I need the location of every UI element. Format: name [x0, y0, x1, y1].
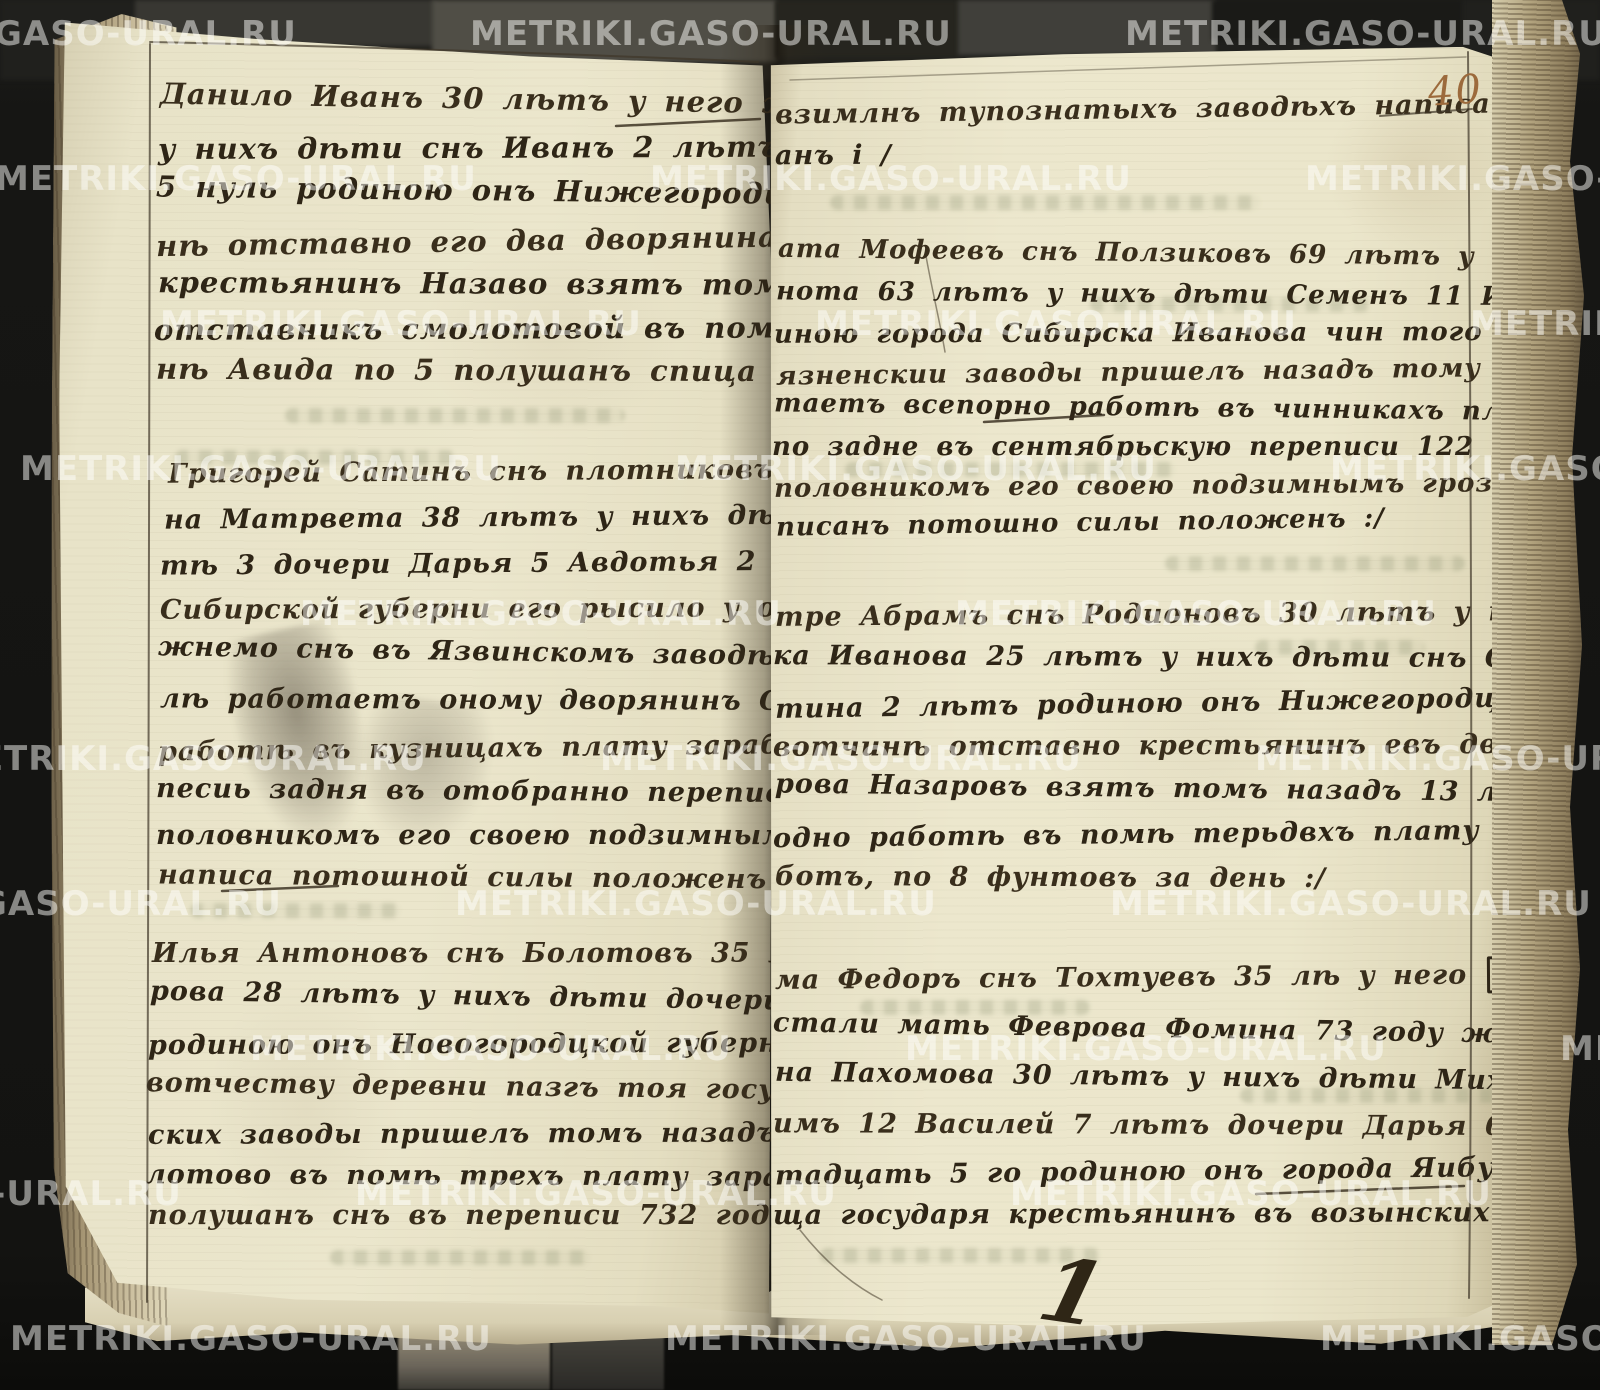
watermark-text: METRIKI.GASO-URAL.RU — [1470, 304, 1600, 344]
watermark-text: METRIKI.GASO-URAL.RU — [600, 739, 1082, 779]
manuscript-line: язненскии заводы пришелъ назадъ тому 30 … — [776, 350, 1510, 391]
watermark-text: METRIKI.GASO-URAL.RU — [355, 1174, 837, 1214]
watermark-text: METRIKI.GASO-URAL.RU — [20, 449, 502, 489]
manuscript-line: ка Иванова 25 лѣтъ у нихъ дѣти снъ Самсо… — [773, 640, 1510, 675]
right-page-stack-edge — [1492, 0, 1592, 1345]
watermark-text: METRIKI.GASO-URAL.RU — [0, 739, 427, 779]
manuscript-line: вотчеству деревни пазгъ тоя государя кре… — [146, 1067, 772, 1109]
bleedthrough-text — [330, 1250, 590, 1265]
manuscript-line: крестьянинъ Назаво взятъ томъ назадъ 13 … — [158, 265, 772, 303]
manuscript-line: рова 28 лѣтъ у нихъ дѣти дочери Анна 2 г… — [150, 976, 772, 1022]
manuscript-line: Данило Иванъ 30 лѣтъ у него жена Палагея… — [160, 77, 772, 128]
watermark-text: METRIKI.GASO-URAL.RU — [470, 14, 952, 54]
watermark-text: METRIKI.GASO-URAL.RU — [1305, 159, 1600, 199]
manuscript-line: половникомъ его своею подзимнымъ грозна … — [156, 820, 772, 851]
watermark-text: METRIKI.GASO-URAL.RU — [1110, 884, 1592, 924]
manuscript-line: взимлнъ тупознатыхъ заводѣхъ написа пото… — [775, 84, 1510, 130]
manuscript-line: нѣ отставно его два дворянина 1 Смидота … — [156, 215, 772, 263]
bleedthrough-text — [1165, 556, 1465, 571]
watermark-text: METRIKI.GASO-URAL.RU — [250, 1029, 732, 1069]
right-page-text-area: взимлнъ тупознатыхъ заводѣхъ написа пото… — [765, 40, 1510, 1330]
watermark-text: METRIKI.GASO-URAL.RU — [815, 304, 1297, 344]
watermark-text: METRIKI.GASO-URAL.RU — [0, 159, 477, 199]
manuscript-line: таетъ всепорно работѣ въ чинникахъ плату… — [774, 388, 1510, 429]
table-surface-block — [552, 1336, 664, 1390]
watermark-text: METRIKI.GASO-URAL.RU — [1560, 1029, 1600, 1069]
manuscript-line: лѣ работаетъ оному дворянинъ Смидотъ взя — [160, 683, 772, 717]
manuscript-line: нѣ Авида по 5 полушанъ спица :/ — [156, 352, 772, 388]
manuscript-line: писанъ потошно силы положенъ :/ — [776, 503, 1385, 542]
line-fragment: ма Федоръ снъ Тохтуевъ 35 лѣ у него — [775, 959, 1485, 995]
watermark-text: METRIKI.GASO-URAL.RU — [1255, 739, 1600, 779]
watermark-text: METRIKI.GASO-URAL.RU — [10, 1319, 492, 1359]
manuscript-line: ма Федоръ снъ Тохтуевъ 35 лѣ у него Ана … — [775, 954, 1510, 999]
watermark-text: METRIKI.GASO-URAL.RU — [675, 449, 1157, 489]
watermark-text: METRIKI.GASO-URAL.RU — [0, 14, 297, 54]
watermark-text: METRIKI.GASO-URAL.RU — [0, 884, 282, 924]
watermark-text: METRIKI.GASO-URAL.RU — [1320, 1319, 1600, 1359]
watermark-text: METRIKI.GASO-URAL.RU — [1330, 449, 1600, 489]
watermark-text: METRIKI.GASO-URAL.RU — [665, 1319, 1147, 1359]
page-number: 40 — [1426, 66, 1484, 116]
archival-manuscript-scan: Данило Иванъ 30 лѣтъ у него жена Палагея… — [0, 0, 1600, 1390]
watermark-text: METRIKI.GASO-URAL.RU — [1010, 1174, 1492, 1214]
watermark-text: METRIKI.GASO-URAL.RU — [455, 884, 937, 924]
watermark-text: METRIKI.GASO-URAL.RU — [0, 1174, 182, 1214]
manuscript-line: на Матрвета 38 лѣтъ у нихъ дѣти снъ Фили… — [164, 497, 772, 535]
manuscript-line: Илья Антоновъ снъ Болотовъ 35 лѣтъ у нег… — [152, 938, 772, 969]
watermark-text: METRIKI.GASO-URAL.RU — [300, 594, 782, 634]
left-page-text-area: Данило Иванъ 30 лѣтъ у него жена Палагея… — [58, 18, 772, 1318]
manuscript-line: тѣ 3 дочери Дарья 5 Авдотья 2 лѣтъ родин… — [160, 543, 772, 581]
manuscript-line: тина 2 лѣтъ родиною онъ Нижегородцкой гу… — [775, 678, 1510, 725]
manuscript-line: имъ 12 Василей 7 лѣтъ дочери Дарья 6 Нат… — [773, 1108, 1510, 1143]
manuscript-line: ата Мофеевъ снъ Ползиковъ 69 лѣтъ у него… — [778, 234, 1510, 276]
manuscript-line: одно работѣ въ помѣ терьдвхъ плату получ… — [773, 813, 1510, 854]
manuscript-line: ских заводы пришелъ томъ назадъ 8 лѣ раб… — [148, 1116, 772, 1151]
watermark-text: METRIKI.GASO-URAL.RU — [1125, 14, 1600, 54]
watermark-text: METRIKI.GASO-URAL.RU — [160, 304, 642, 344]
watermark-text: METRIKI.GASO-URAL.RU — [905, 1029, 1387, 1069]
watermark-text: METRIKI.GASO-URAL.RU — [650, 159, 1132, 199]
watermark-text: METRIKI.GASO-URAL.RU — [955, 594, 1437, 634]
bleedthrough-text — [285, 408, 625, 423]
